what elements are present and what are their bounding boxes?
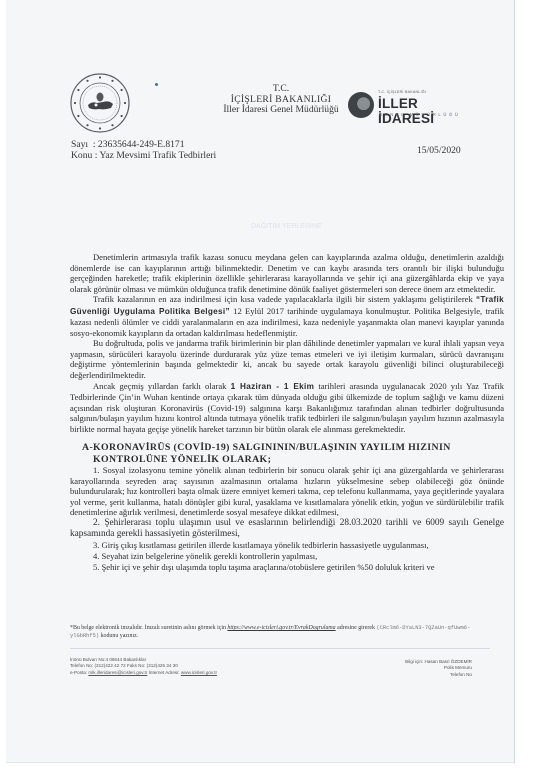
website-link[interactable]: www.icisleri.gov.tr: [181, 670, 217, 675]
sayi-label: Sayı: [71, 139, 88, 150]
section-a-heading: A-KORONAVİRÜS (COVİD-19) SALGINININ/BULA…: [70, 442, 504, 465]
paragraph-3: Bu doğrultuda, polis ve jandarma trafik …: [70, 338, 504, 380]
paragraph-4: Ancak geçmiş yıllardan farklı olarak 1 H…: [70, 381, 504, 435]
verification-link[interactable]: https://www.e-icisleri.gov.tr/EvrakDogru…: [227, 625, 335, 631]
iller-idaresi-logo: T.C. İÇİŞLERİ BAKANLIĞI İLLER İDARESİ GE…: [348, 88, 468, 124]
list-item-1: 1. Sosyal izolasyonu temine yönelik alın…: [70, 465, 504, 518]
logo-title: İLLER İDARESİ: [378, 96, 468, 126]
sayi-value: : 23635644-249-E.8171: [93, 139, 185, 150]
sayi-row: Sayı : 23635644-249-E.8171: [71, 139, 216, 150]
document-meta: Sayı : 23635644-249-E.8171 Konu : Yaz Me…: [71, 139, 216, 161]
list-item-5: 5. Şehir içi ve şehir dışı ulaşımda topl…: [70, 562, 504, 573]
section-title-line-2: KONTROLÜNE YÖNELİK OLARAK;: [70, 454, 504, 466]
ministry-seal-icon: [69, 72, 131, 134]
document-date: 15/05/2020: [417, 145, 461, 156]
list-item-4: 4. Seyahat izin belgelerine yönelik gere…: [70, 551, 504, 562]
date-range: 1 Haziran - 1 Ekim: [231, 382, 315, 391]
list-item-3: 3. Giriş çıkış kısıtlaması getirilen ill…: [70, 540, 504, 551]
list-item-2: 2. Şehirlerarası toplu ulaşımın usul ve …: [70, 518, 504, 540]
document-page: T.C. İÇİŞLERİ BAKANLIĞI İller İdaresi Ge…: [6, 0, 515, 763]
e-signature-notice: *Bu belge elektronik imzalıdır. İmzalı s…: [70, 624, 490, 640]
paragraph-2: Trafik kazalarının en aza indirilmesi iç…: [70, 294, 504, 338]
email-link[interactable]: mlk.illeridaresi@icisleri.gov.tr: [88, 670, 147, 675]
crescent-star-logo-icon: [348, 92, 374, 118]
contact-person: Bilgi için: Hasan Basri ÖZDEMİR Polis Me…: [364, 659, 472, 678]
konu-row: Konu : Yaz Mevsimi Trafik Tedbirleri: [71, 150, 216, 161]
konu-value: : Yaz Mevsimi Trafik Tedbirleri: [95, 150, 216, 161]
logo-small-text: T.C. İÇİŞLERİ BAKANLIĞI: [378, 90, 426, 94]
bleed-through-text: DAĞITIM YERLERİNE: [251, 223, 322, 230]
document-body: Denetimlerin artmasıyla trafik kazası so…: [70, 252, 504, 572]
section-marker: A-: [70, 442, 93, 454]
logo-subtitle: GENEL MÜDÜRLÜĞÜ: [379, 112, 460, 117]
konu-label: Konu: [71, 150, 92, 161]
contact-info: İnönü Bulvarı No:4 06644 Bakanlıklar Tel…: [70, 657, 217, 676]
signer-phone: Telefon No: [364, 672, 472, 678]
section-title-line-1: KORONAVİRÜS (COVİD-19) SALGINININ/BULAŞI…: [93, 442, 451, 453]
footer-divider: [70, 648, 490, 649]
paragraph-1: Denetimlerin artmasıyla trafik kazası so…: [70, 252, 504, 294]
